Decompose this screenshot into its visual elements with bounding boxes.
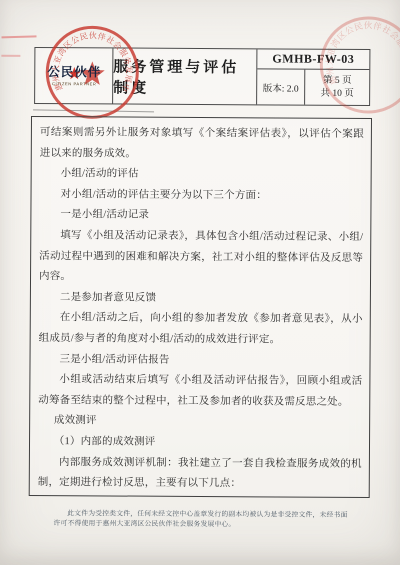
gray-line-artifact <box>33 109 154 112</box>
red-scan-artifact <box>1 35 36 38</box>
paragraph: 小组/活动的评估 <box>40 164 364 187</box>
paragraph: 可结案则需另外让服务对象填写《个案结案评估表》，以评估个案跟进以来的服务成效。 <box>40 123 364 166</box>
document-title: 服务管理与评估制度 <box>113 55 256 98</box>
red-scan-artifact <box>1 55 20 57</box>
title-cell: 服务管理与评估制度 <box>113 48 256 104</box>
paragraph: 小组或活动结束后填写《小组及活动评估报告》，回顾小组或活动筹备至结束的整个过程中… <box>38 370 362 413</box>
page-total: 共 10 页 <box>320 87 353 100</box>
logo-chinese-name: 公民伙伴 <box>37 62 111 80</box>
page-indicator: 第 5 页 共 10 页 <box>305 70 369 105</box>
scan-tilt-layer: ★ 公民伙伴 CITIZEN PARTNER 服务管理与评估制度 GMHB-FW… <box>0 0 400 565</box>
document-header-table: ★ 公民伙伴 CITIZEN PARTNER 服务管理与评估制度 GMHB-FW… <box>34 47 370 106</box>
scanned-document-page: ★ 公民伙伴 CITIZEN PARTNER 服务管理与评估制度 GMHB-FW… <box>0 0 400 565</box>
paragraph: （1）内部的成效测评 <box>38 432 362 455</box>
paragraph: 一是小组/活动记录 <box>39 205 363 228</box>
version-label: 版本: 2.0 <box>257 69 305 104</box>
document-meta-cell: GMHB-FW-03 版本: 2.0 第 5 页 共 10 页 <box>256 49 369 105</box>
document-code: GMHB-FW-03 <box>257 49 369 70</box>
page-current: 第 5 页 <box>323 74 352 87</box>
paragraph: 成效测评 <box>38 411 362 434</box>
controlled-document-note: 此文件为受控类文件，任何未经文控中心盖章发行的副本均被认为是非受控文件，未经书面… <box>53 509 347 530</box>
paragraph: 二是参加者意见反馈 <box>39 288 363 311</box>
paragraph: 在小组/活动之后，向小组的参加者发放《参加者意见表》，从小组成员/参与者的角度对… <box>39 308 363 351</box>
logo-english-name: CITIZEN PARTNER <box>37 81 111 86</box>
paragraph: 内部服务成效测评机制：我社建立了一套自我检查服务成效的机制，定期进行检讨反思，主… <box>38 453 362 496</box>
paragraph: 填写《小组及活动记录表》，具体包含小组/活动过程记录、小组/活动过程中遇到的困难… <box>39 226 363 290</box>
meta-bottom-row: 版本: 2.0 第 5 页 共 10 页 <box>257 69 369 105</box>
paragraph: 对小组/活动的评估主要分为以下三个方面： <box>39 185 363 208</box>
document-body: 可结案则需另外让服务对象填写《个案结案评估表》，以评估个案跟进以来的服务成效。 … <box>29 116 372 498</box>
org-logo: ★ 公民伙伴 CITIZEN PARTNER <box>37 62 111 86</box>
paragraph: 三是小组/活动评估报告 <box>38 350 362 373</box>
logo-cell: ★ 公民伙伴 CITIZEN PARTNER <box>35 48 113 103</box>
